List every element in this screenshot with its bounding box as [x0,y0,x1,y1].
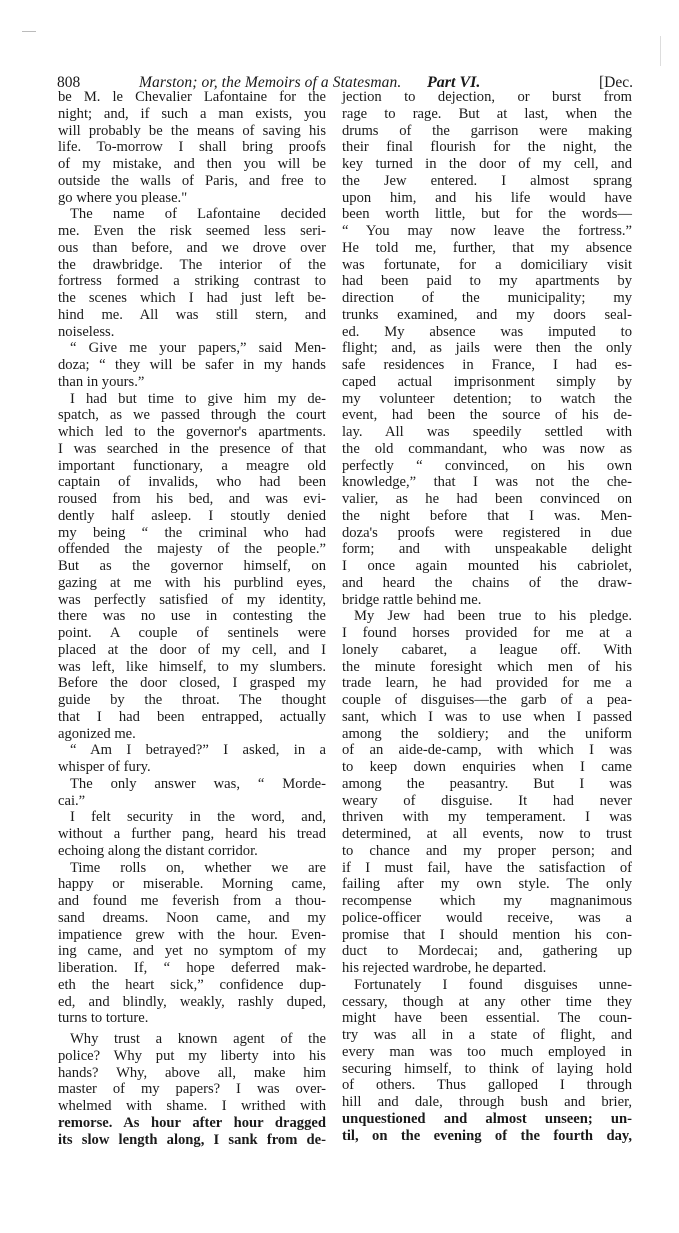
text-line: and found me feverish from a thou- [58,893,326,910]
text-line: the scenes which I had just left be- [58,290,326,307]
text-line: fortress formed a striking contrast to [58,273,326,290]
text-line: of others. Thus galloped I through [342,1077,632,1094]
text-line: determined, at all events, now to trust [342,826,632,843]
paragraph-start: Fortunately I found disguises unne- [342,977,632,994]
text-line: whelmed with shame. I writhed with [58,1098,326,1115]
text-line: spatch, as we passed through the court [58,407,326,424]
text-line: jection to dejection, or burst from [342,89,632,106]
text-line: ous than before, and we drove over [58,240,326,257]
text-line: was left, like himself, to my slumbers. [58,659,326,676]
text-line: among the peasantry. But I was [342,776,632,793]
text-line: doza; “ they will be safer in my hands [58,357,326,374]
text-line: the minute foresight which men of his [342,659,632,676]
text-line: of my mistake, and then you will be [58,156,326,173]
paragraph-start: “ Give me your papers,” said Men- [58,340,326,357]
text-line: rage to rage. But at last, when the [342,106,632,123]
text-line: outside the walls of Paris, and free to [58,173,326,190]
text-line: guide by the throat. The thought [58,692,326,709]
text-line: master of my papers? I was over- [58,1081,326,1098]
text-line: his rejected wardrobe, he departed. [342,960,632,977]
text-line: knowledge,” that I was not the che- [342,474,632,491]
text-line: their final flourish for the night, the [342,139,632,156]
text-line: sant, which I was to use when I passed [342,709,632,726]
text-line: duct to Mordecai; and, gathering up [342,943,632,960]
paragraph-start: Time rolls on, whether we are [58,860,326,877]
text-line: to chance and my proper person; and [342,843,632,860]
text-line: I was searched in the presence of that [58,441,326,458]
text-line: was fortunate, for a domiciliary visit [342,257,632,274]
text-line: that I had been entrapped, actually [58,709,326,726]
paragraph-start: My Jew had been true to his pledge. [342,608,632,625]
text-line: had been paid to my apartments by [342,273,632,290]
text-line: safe residences in France, I had es- [342,357,632,374]
text-line: thriven with my temperament. I was [342,809,632,826]
text-line: was perfectly satisfied of my identity, [58,592,326,609]
text-line: upon him, and his life would have [342,190,632,207]
text-line: offended the majesty of the people.” [58,541,326,558]
text-line: placed at the door of my cell, and I [58,642,326,659]
text-line: the night before that I was. Men- [342,508,632,525]
text-line: I found horses provided for me at a [342,625,632,642]
text-line: important functionary, a meagre old [58,458,326,475]
text-line: “ You may now leave the fortress.” [342,223,632,240]
text-line: be M. le Chevalier Lafontaine for the [58,89,326,106]
text-line: failing after my own style. The only [342,876,632,893]
text-line: bridge rattle behind me. [342,592,632,609]
scan-edge [660,36,661,66]
text-line: lay. All was speedily settled with [342,424,632,441]
text-line: point. A couple of sentinels were [58,625,326,642]
text-line: hands? Why, above all, make him [58,1065,326,1082]
text-line: sand dreams. Noon came, and my [58,910,326,927]
text-line: ed. My absence was imputed to [342,324,632,341]
text-line: turns to torture. [58,1010,326,1027]
text-line: its slow length along, I sank from de- [58,1132,326,1149]
text-line: without a further pang, heard his tread [58,826,326,843]
text-line: night; and, if such a man exists, you [58,106,326,123]
text-line: drums of the garrison were making [342,123,632,140]
text-line: I once again mounted his cabriolet, [342,558,632,575]
text-line: doza's proofs were registered in due [342,525,632,542]
text-line: the Jew entered. I almost sprang [342,173,632,190]
document-page: 808 Marston; or, the Memoirs of a States… [0,0,679,1233]
text-line: Before the door closed, I grasped my [58,675,326,692]
text-line: to keep down enquiries when I came [342,759,632,776]
text-line: will probably be the means of saving his [58,123,326,140]
text-line: there was no use in contesting the [58,608,326,625]
text-line: cessary, though at any other time they [342,994,632,1011]
text-line: remorse. As hour after hour dragged [58,1115,326,1132]
text-line: which led to the governor's apartments. [58,424,326,441]
text-line: cai.” [58,793,326,810]
text-line: echoing along the distant corridor. [58,843,326,860]
text-line: ing came, and yet no symptom of my [58,943,326,960]
text-line: He told me, further, that my absence [342,240,632,257]
text-line: the old commandant, who was now as [342,441,632,458]
text-line: happy or miserable. Morning came, [58,876,326,893]
paragraph-start: Why trust a known agent of the [58,1031,326,1048]
text-line: than in yours.” [58,374,326,391]
text-line: noiseless. [58,324,326,341]
text-line: promise that I should mention his con- [342,927,632,944]
text-line: perfectly “ convinced, on his own [342,458,632,475]
paragraph-start: I felt security in the word, and, [58,809,326,826]
text-line: trunks examined, and my doors seal- [342,307,632,324]
text-line: direction of the municipality; my [342,290,632,307]
text-line: key turned in the door of my cell, and [342,156,632,173]
text-line: eth the heart sick,” confidence dup- [58,977,326,994]
text-line: and heard the chains of the draw- [342,575,632,592]
paragraph-start: I had but time to give him my de- [58,391,326,408]
text-line: my being “ the criminal who had [58,525,326,542]
scan-speck [22,31,36,32]
text-line: if I must fail, have the satisfaction of [342,860,632,877]
text-line: among the soldiery; and the uniform [342,726,632,743]
text-line: of an aide-de-camp, with which I was [342,742,632,759]
text-line: whisper of fury. [58,759,326,776]
text-line: life. To-morrow I shall bring proofs [58,139,326,156]
text-line: dently half asleep. I stoutly denied [58,508,326,525]
text-line: roused from his bed, and was evi- [58,491,326,508]
text-line: til, on the evening of the fourth day, [342,1128,632,1145]
text-line: try was all in a state of flight, and [342,1027,632,1044]
text-line: impatience grew with the hour. Even- [58,927,326,944]
text-line: liberation. If, “ hope deferred mak- [58,960,326,977]
text-line: agonized me. [58,726,326,743]
text-line: hill and dale, through bush and brier, [342,1094,632,1111]
text-line: hind me. All was still stern, and [58,307,326,324]
text-line: trade learn, he had provided for me a [342,675,632,692]
text-line: ed, and blindly, weakly, rashly duped, [58,994,326,1011]
text-line: the drawbridge. The interior of the [58,257,326,274]
text-line: my volunteer detention; to watch the [342,391,632,408]
text-line: gazing at me with his purblind eyes, [58,575,326,592]
text-line: been worth little, but for the words— [342,206,632,223]
text-line: event, had been the source of his de- [342,407,632,424]
text-line: weary of disguise. It had never [342,793,632,810]
right-column: jection to dejection, or burst from rage… [342,89,632,1144]
text-line: But as the governor himself, on [58,558,326,575]
paragraph-start: The name of Lafontaine decided [58,206,326,223]
left-column: be M. le Chevalier Lafontaine for the ni… [58,89,326,1148]
text-line: police? Why put my liberty into his [58,1048,326,1065]
text-line: go where you please." [58,190,326,207]
text-line: caped actual imprisonment simply by [342,374,632,391]
text-line: valier, as he had been convinced on [342,491,632,508]
text-line: me. Even the risk seemed less seri- [58,223,326,240]
text-line: captain of invalids, who had been [58,474,326,491]
text-line: form; and with unspeakable delight [342,541,632,558]
paragraph-start: The only answer was, “ Morde- [58,776,326,793]
text-line: every man was too much employed in [342,1044,632,1061]
text-line: couple of disguises—the garb of a pea- [342,692,632,709]
text-line: lonely cabaret, a league off. With [342,642,632,659]
text-line: flight; and, as jails were then the only [342,340,632,357]
text-line: might have been essential. The coun- [342,1010,632,1027]
text-line: securing himself, to think of laying hol… [342,1061,632,1078]
text-line: police-officer would receive, was a [342,910,632,927]
text-line: unquestioned and almost unseen; un- [342,1111,632,1128]
text-line: recompense which my magnanimous [342,893,632,910]
paragraph-start: “ Am I betrayed?” I asked, in a [58,742,326,759]
